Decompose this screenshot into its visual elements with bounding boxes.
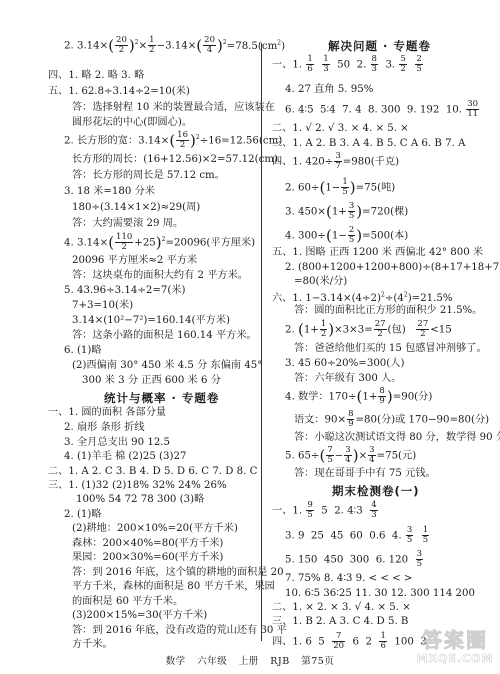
answer-line: 四、1. 6 5 720 6 2 16 100 3 xyxy=(272,632,427,651)
watermark-text: 答案圈 xyxy=(415,628,495,652)
answer-line: 森林：200×40%=80(平方千米) xyxy=(72,538,223,550)
answer-line: 平方千米，森林的面积是 80 平方千米，果园 xyxy=(72,581,275,593)
answer-line: 答：小聪这次测试语文得 80 分，数学得 90 分。 xyxy=(294,432,500,444)
answer-line: 三、1. (1)32 (2)18% 32% 24% 26% xyxy=(48,480,227,492)
answer-line: 6. 4∶5 5∶4 7. 4 8. 300 9. 192 10. 3011 xyxy=(285,100,480,119)
answer-line: 圆形花坛的中心(即圆心)。 xyxy=(72,117,192,129)
answer-line: 四、1. 略 2. 略 3. 略 xyxy=(48,70,144,82)
answer-line: 180÷(3.14×1×2)≈29(周) xyxy=(72,202,200,214)
answer-line: 2. 60÷(1−15)=75(吨) xyxy=(285,178,395,197)
answer-line: 一、1. 圆的面积 各部分量 xyxy=(48,407,166,419)
footer-subject: 数学 xyxy=(166,656,186,667)
footer-volume: 上册 xyxy=(239,656,259,667)
answer-line: 答：六年级有 300 人。 xyxy=(294,373,401,385)
answer-line: 三、1. A 2. B 3. A 4. B 5. C A 6. B 7. A xyxy=(272,138,465,150)
answer-line: 答：长方形的周长是 57.12 cm。 xyxy=(72,170,225,182)
answer-line: 10. 6∶5 36∶25 11. 30 12. 300 114 200 xyxy=(285,588,475,600)
answer-line: 四、1. 420÷37=980(千克) xyxy=(272,152,399,171)
answer-line: 的面积是 60 平方千米。 xyxy=(72,596,183,608)
answer-line: 答：这条小路的面积是 160.14 平方米。 xyxy=(72,330,257,342)
answer-line: 一、1. 16 13 50 2. 83 3. 52 25 xyxy=(272,55,424,74)
answer-line: 4. 3.14×(1102+25)2=20096(平方厘米) xyxy=(64,233,255,252)
answer-line: 20096 平方厘米≈2 平方米 xyxy=(72,255,197,267)
column-divider xyxy=(261,43,262,641)
answer-line: 3. 全月总支出 90 12.5 xyxy=(64,437,170,449)
section-title-statistics: 统计与概率 · 专题卷 xyxy=(104,392,219,404)
answer-line: 4. 数学：170÷(1+89)=90(分) xyxy=(285,387,432,406)
answer-line: 答：爸爸给他们买的 15 包感冒冲剂够了。 xyxy=(294,343,487,355)
answer-line: 2. 3.14×(202)2×12−3.14×(204)2=78.5(cm2) xyxy=(64,36,285,55)
answer-line: 二、1. A 2. C 3. B 4. D 5. D 6. C 7. D 8. … xyxy=(48,466,257,478)
answer-line: 300 米 3 分 正西 600 米 6 分 xyxy=(82,375,221,387)
answer-line: 6. (1)略 xyxy=(64,345,102,357)
answer-line: 4. 27 直角 5. 95% xyxy=(285,84,373,96)
answer-line: (3)200×15%=30(平方千米) xyxy=(72,610,207,622)
answer-line: 3. 18 米=180 分米 xyxy=(64,186,155,198)
answer-line: 答：选择射程 10 米的装置最合适，应该装在 xyxy=(72,102,275,114)
answer-line: 3. 45 60÷20%=300(人) xyxy=(285,358,404,370)
answer-line: =80(米/分) xyxy=(294,276,347,288)
answer-line: 二、1. √ 2. √ 3. × 4. × 5. × xyxy=(272,123,409,135)
answer-line: 答：大约需要滚 29 周。 xyxy=(72,218,183,230)
answer-key-page: 2. 3.14×(202)2×12−3.14×(204)2=78.5(cm2) … xyxy=(0,0,500,674)
answer-line: 答：到 2016 年底，这个镇的耕地的面积是 20 xyxy=(72,567,284,579)
watermark-url: MXQE.COM xyxy=(415,652,495,666)
answer-line: 语文：90×89=80(分)或 170−90=80(分) xyxy=(294,410,489,429)
answer-line: 六、1. 1−3.14×(4÷2)2÷(42)=21.5% xyxy=(272,290,453,305)
answer-line: 二、1. × 2. × 3. √ 4. × 5. × xyxy=(272,602,411,614)
answer-line: (2)西偏南 30° 450 米 4.5 分 东偏南 45° xyxy=(72,360,262,372)
answer-line: 2. 扇形 条形 折线 xyxy=(64,422,145,434)
answer-line: 2. (1+12)×3×3=272(包) 272<15 xyxy=(285,320,452,339)
section-title-final-exam: 期末检测卷(一) xyxy=(332,485,420,497)
answer-line: 长方形的周长：(16+12.56)×2=57.12(cm) xyxy=(72,154,278,166)
answer-line: 五、1. 图略 正西 1200 米 西偏北 42° 800 米 xyxy=(272,247,483,259)
answer-line: (2)耕地：200×10%=20(平方千米) xyxy=(72,523,238,535)
answer-line: 一、1. 95 5 2. 4∶3 43 xyxy=(272,501,379,520)
answer-line: 5. 150 450 300 6. 120 35 xyxy=(285,550,424,569)
answer-line: 3. 9 25 45 60 0.6 4. 35 15 xyxy=(285,526,430,545)
footer-grade: 六年级 xyxy=(197,656,227,667)
answer-line: 三、1. B 2. A 3. C 4. D 5. B xyxy=(272,616,408,628)
answer-line: 五、1. 62.8÷3.14÷2=10(米) xyxy=(48,86,190,98)
answer-line: 4. 300÷(1−25)=500(本) xyxy=(285,226,408,245)
answer-line: 4. (1)羊毛 棉 (2)25 (3)27 xyxy=(64,451,186,463)
answer-line: 100% 54 72 78 300 (3)略 xyxy=(76,494,204,506)
watermark-logo: 答案圈 MXQE.COM xyxy=(415,628,495,672)
section-title-problem-solving: 解决问题 · 专题卷 xyxy=(328,40,431,52)
answer-line: 7+3=10(米) xyxy=(72,300,133,312)
answer-line: 答：圆的面积比正方形的面积少 21.5%。 xyxy=(294,305,482,317)
answer-line: 方千米。 xyxy=(72,639,113,651)
footer-page-number: 第75页 xyxy=(301,656,334,667)
answer-line: 2. 长方形的宽：3.14×(162)2÷16=12.56(cm) xyxy=(64,131,282,150)
answer-line: 3. 450×(1+35)=720(棵) xyxy=(285,202,408,221)
answer-line: 5. 65÷(75−34)×34=75(元) xyxy=(285,446,416,465)
answer-line: 3.14×(10²−7²)=160.14(平方米) xyxy=(72,315,230,327)
answer-line: 果园：200×30%=60(平方千米) xyxy=(72,552,223,564)
answer-line: 2. (800+1200+1200+800)÷(8+17+18+7) xyxy=(285,262,500,274)
footer-edition: RJB xyxy=(270,656,289,667)
answer-line: 2. (1)略 xyxy=(64,509,102,521)
answer-line: 答：到 2016 年底，没有改造的荒山还有 30 平 xyxy=(72,625,287,637)
answer-line: 答：现在哥哥手中有 75 元钱。 xyxy=(294,468,436,480)
answer-line: 7. 75% 8. 4∶3 9. < < < > xyxy=(285,573,412,585)
answer-line: 答：这块桌布的面积大约有 2 平方米。 xyxy=(72,270,248,282)
answer-line: 5. 43.96÷3.14÷2=7(米) xyxy=(64,285,186,297)
